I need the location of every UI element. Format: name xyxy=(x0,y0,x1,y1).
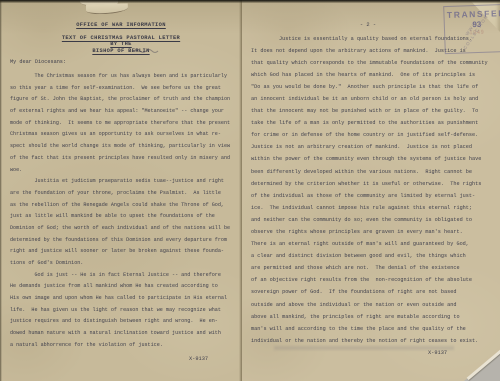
typewritten-line: of the fact that its present principles … xyxy=(10,153,230,165)
typewritten-line: There is an eternal right outside of man… xyxy=(251,238,488,250)
typewritten-line: as the rebellion of the Renegade Angels … xyxy=(10,200,230,212)
typewritten-line: mode of thinking. It seems to me appropr… xyxy=(10,118,230,130)
page-2: - 2 - Justice is essentially a quality b… xyxy=(242,0,500,381)
typewritten-line: tions of God's Dominion. xyxy=(10,258,230,270)
salutation: My dear Diocesans: xyxy=(10,59,66,65)
document-id: X-9137 xyxy=(428,350,447,356)
typewritten-line: He demands justice from all mankind whom… xyxy=(10,281,230,293)
typewritten-line: of the individual as those of the commun… xyxy=(251,190,488,202)
typewritten-line: His own image and upon whom He has calle… xyxy=(10,293,230,305)
letter-title-line2: BY THE xyxy=(0,41,242,47)
typewritten-line: within the power of the community even t… xyxy=(251,153,488,165)
typewritten-line: The Christmas season for us has always b… xyxy=(10,71,230,83)
letter-body-page2: Justice is essentially a quality based o… xyxy=(251,33,488,347)
typewritten-line: of external rights and we hear his appea… xyxy=(10,106,230,118)
typewritten-line: ice. The individual cannot impose his ru… xyxy=(251,202,488,214)
typewritten-line: observe the rights whose principles are … xyxy=(251,226,488,238)
typewritten-line: dowed human nature with a natural inclin… xyxy=(10,328,230,340)
typewritten-line: Justice is not an arbitrary creation of … xyxy=(251,141,488,153)
typewritten-line: God is just -- He is in fact Eternal Jus… xyxy=(10,270,230,282)
typewritten-line: right and justice will sooner or later b… xyxy=(10,246,230,258)
typewritten-line: figure of St. John the Baptist, the proc… xyxy=(10,94,230,106)
typewritten-line: Dominion of God; the worth of each indiv… xyxy=(10,223,230,235)
letter-body-page1: The Christmas season for us has always b… xyxy=(10,71,230,352)
typewritten-line: an innocent individual be it an unborn c… xyxy=(251,93,488,105)
typewritten-line: which God has placed in the hearts of ma… xyxy=(251,69,488,81)
typewritten-line: for crime or in defense of the home coun… xyxy=(251,129,488,141)
typewritten-line: are the foundation of your throne, procl… xyxy=(10,188,230,200)
typewritten-line: a clear and distinct division between go… xyxy=(251,250,488,262)
typewritten-line: Christmas season gives us an opportunity… xyxy=(10,129,230,141)
scan-edge-top xyxy=(0,0,500,3)
letter-title-line3: BISHOP OF BERLIN xyxy=(0,48,242,54)
typewritten-line: determined by the criterion whether it i… xyxy=(251,178,488,190)
typewritten-line: take the life of a man is only permitted… xyxy=(251,117,488,129)
agency-title: OFFICE OF WAR INFORMATION xyxy=(0,22,242,28)
handwritten-mark xyxy=(133,47,163,54)
typewritten-line: determined by the foundations of this Do… xyxy=(10,235,230,247)
scan-edge-left xyxy=(0,0,2,381)
typewritten-line: justice requires and to distinguish betw… xyxy=(10,316,230,328)
typewritten-line: "Do as you would be done by." Another su… xyxy=(251,81,488,93)
typewritten-line: sovereign power of God. If the foundatio… xyxy=(251,286,488,298)
typewritten-line: are permitted and those which are not. T… xyxy=(251,262,488,274)
typewritten-line: that the innocent may not be punished wi… xyxy=(251,105,488,117)
paper-tear xyxy=(86,3,128,14)
typewritten-line: spect should the world change its mode o… xyxy=(10,141,230,153)
typewritten-line: so this year a time for self-examination… xyxy=(10,83,230,95)
typewritten-line: of an objective right results from the n… xyxy=(251,274,488,286)
typewritten-line: been differently developed within the va… xyxy=(251,166,488,178)
document-scan: OFFICE OF WAR INFORMATION TEXT OF CHRIST… xyxy=(0,0,500,381)
typewritten-line: above all mankind, the principles of rig… xyxy=(251,311,488,323)
typewritten-line: a natural abhorrence for the violation o… xyxy=(10,340,230,352)
letter-title-line1: TEXT OF CHRISTMAS PASTORAL LETTER xyxy=(0,35,242,41)
typewritten-line: that quality which corresponds to the im… xyxy=(251,57,488,69)
typewritten-line: woe. xyxy=(10,165,230,177)
typewritten-line: Justitia et judicium praeparatio sedis t… xyxy=(10,176,230,188)
typewritten-line: life. He has given us the light of reaso… xyxy=(10,305,230,317)
page-1: OFFICE OF WAR INFORMATION TEXT OF CHRIST… xyxy=(0,0,242,381)
ink-bleed-mark xyxy=(274,346,454,350)
typewritten-line: outside and above the individual or the … xyxy=(251,299,488,311)
typewritten-line: man's will and according to the time the… xyxy=(251,323,488,335)
typewritten-line: just as little will mankind be able to u… xyxy=(10,211,230,223)
typewritten-line: and neither can the community do so; eve… xyxy=(251,214,488,226)
document-id: X-9137 xyxy=(189,356,208,362)
